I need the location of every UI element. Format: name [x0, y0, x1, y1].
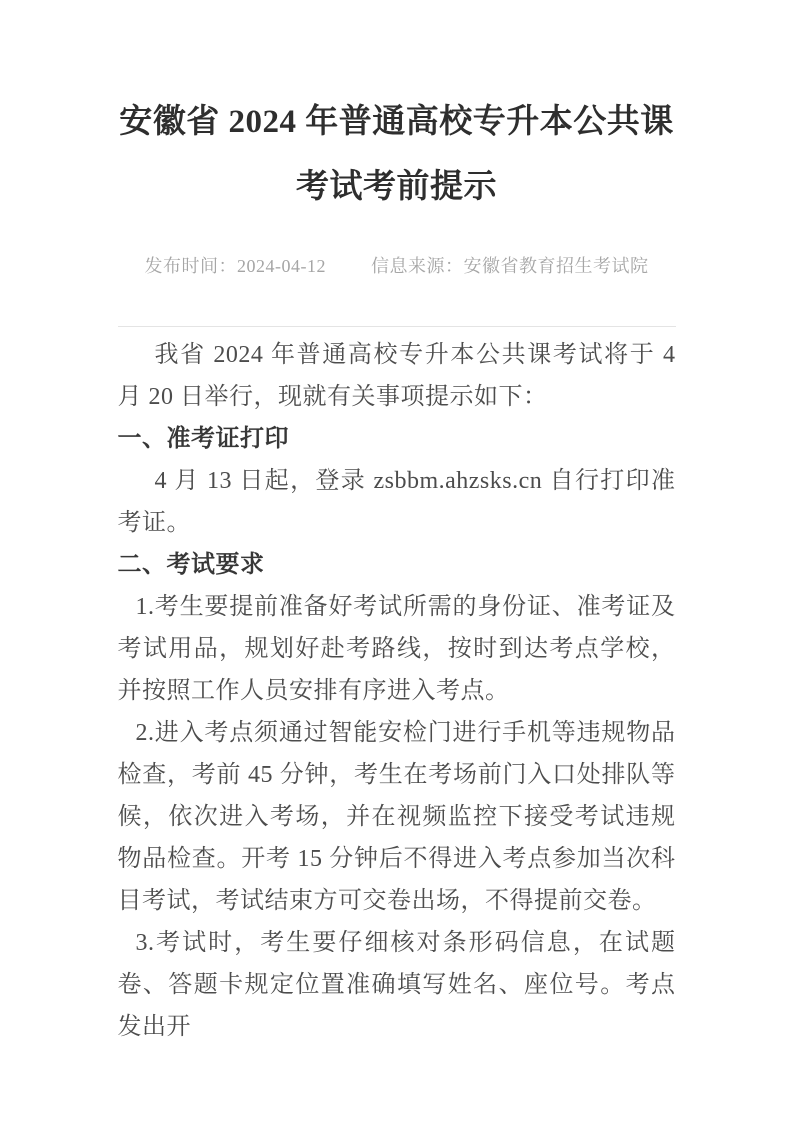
info-source: 信息来源：安徽省教育招生考试院 — [371, 256, 649, 276]
section-heading-exam-requirements: 二、考试要求 — [118, 544, 676, 586]
article-body: 我省 2024 年普通高校专升本公共课考试将于 4 月 20 日举行，现就有关事… — [118, 327, 676, 1048]
page-title: 安徽省 2024 年普通高校专升本公共课考试考前提示 — [118, 90, 676, 220]
info-source-label: 信息来源： — [371, 256, 464, 276]
paragraph-intro: 我省 2024 年普通高校专升本公共课考试将于 4 月 20 日举行，现就有关事… — [118, 334, 676, 418]
publish-time-label: 发布时间： — [145, 256, 238, 276]
publish-time: 发布时间：2024-04-12 — [145, 256, 327, 276]
document-container: 安徽省 2024 年普通高校专升本公共课考试考前提示 发布时间：2024-04-… — [118, 0, 676, 1048]
publish-date-value: 2024-04-12 — [237, 256, 326, 276]
info-source-value: 安徽省教育招生考试院 — [464, 256, 649, 276]
section-heading-admission-ticket: 一、准考证打印 — [118, 418, 676, 460]
paragraph-requirement-3: 3.考试时，考生要仔细核对条形码信息，在试题卷、答题卡规定位置准确填写姓名、座位… — [118, 922, 676, 1048]
document-page: { "title": "安徽省 2024 年普通高校专升本公共课考试考前提示",… — [0, 0, 793, 1122]
paragraph-requirement-1: 1.考生要提前准备好考试所需的身份证、准考证及考试用品，规划好赴考路线，按时到达… — [118, 586, 676, 712]
paragraph-print-ticket: 4 月 13 日起，登录 zsbbm.ahzsks.cn 自行打印准考证。 — [118, 460, 676, 544]
meta-row: 发布时间：2024-04-12 信息来源：安徽省教育招生考试院 — [118, 253, 676, 279]
paragraph-requirement-2: 2.进入考点须通过智能安检门进行手机等违规物品检查，考前 45 分钟，考生在考场… — [118, 712, 676, 922]
